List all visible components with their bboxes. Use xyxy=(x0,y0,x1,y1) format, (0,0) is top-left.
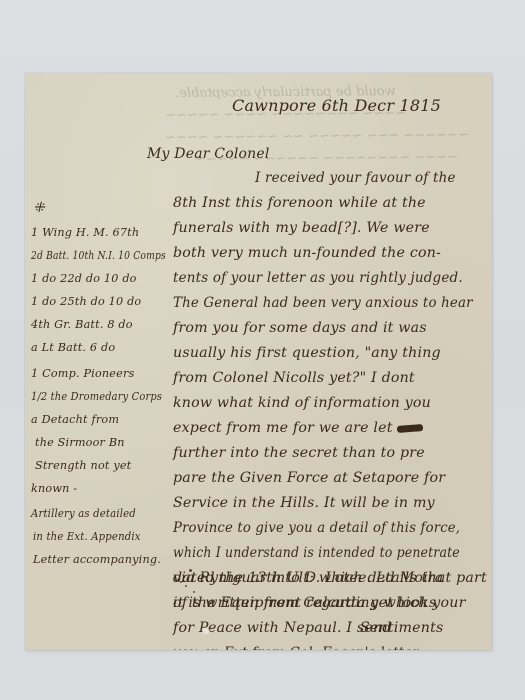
margin-note-symbol: ⁜ xyxy=(33,200,45,216)
margin-note-line: Artillery as detailed xyxy=(31,507,136,520)
margin-note-line: known - xyxy=(31,482,77,495)
letter-body-line: you an Ext from Col: Fagan's letter xyxy=(173,645,419,650)
margin-note-line: 1/2 the Dromedary Corps xyxy=(31,390,162,403)
margin-note-line: Letter accompanying. xyxy=(33,553,161,566)
letter-sheet: would be particularly acceptable. ~~~~ ~… xyxy=(25,73,492,650)
letter-body-line: Service in the Hills. It will be in my xyxy=(173,495,435,511)
letter-body-line: tents of your letter as you rightly judg… xyxy=(173,270,463,286)
letter-body-line: The General had been very anxious to hea… xyxy=(173,295,473,311)
margin-note-line: Strength not yet xyxy=(35,459,131,472)
margin-note-line: 1 do 22d do 10 do xyxy=(31,272,137,285)
margin-note-line: 4th Gr. Batt. 8 do xyxy=(31,318,133,331)
letter-body-text: expect from me for we are let xyxy=(173,420,393,436)
struck-out-word xyxy=(397,424,423,433)
paper-stain xyxy=(202,628,210,634)
letter-body-line: of the Equipment regarding which your xyxy=(173,595,466,611)
margin-note-line: a Detacht from xyxy=(31,413,119,426)
margin-note-line: 1 Comp. Pioneers xyxy=(31,367,134,380)
letter-body-line: 8th Inst this forenoon while at the xyxy=(173,195,426,211)
bleed-through-line: ~~~~~~ ~~~ ~~~~~ ~~ ~~~~~~ ~~~~ xyxy=(165,128,469,146)
letter-body-line: I received your favour of the xyxy=(255,170,456,186)
letter-body-line: know what kind of information you xyxy=(173,395,431,411)
ink-blot xyxy=(193,591,195,593)
letter-body-line: Province to give you a detail of this fo… xyxy=(173,520,460,536)
letter-body-line: both very much un-founded the con- xyxy=(173,245,441,261)
letter-body-line: funerals with my bead[?]. We were xyxy=(173,220,430,236)
letter-body-line: expect from me for we are let xyxy=(173,420,423,436)
margin-note-line: 1 Wing H. M. 67th xyxy=(31,226,139,239)
letter-body-line: pare the Given Force at Setapore for xyxy=(173,470,445,486)
letter-body-line: further into the secret than to pre xyxy=(173,445,425,461)
letter-dateline: Cawnpore 6th Decr 1815 xyxy=(232,96,441,115)
letter-body-line: which I understand is intended to penetr… xyxy=(173,545,460,561)
margin-note-line: the Sirmoor Bn xyxy=(35,436,125,449)
letter-body-line: from Colonel Nicolls yet?" I dont xyxy=(173,370,415,386)
margin-note-line: a Lt Batt. 6 do xyxy=(31,341,115,354)
letter-salutation: My Dear Colonel xyxy=(147,146,270,162)
letter-body-line: usually his first question, "any thing xyxy=(173,345,441,361)
margin-note-line: 2d Batt. 10th N.I. 10 Comps xyxy=(31,249,166,262)
letter-catchword: Sentiments xyxy=(360,620,443,636)
letter-body-line: from you for some days and it was xyxy=(173,320,427,336)
margin-note-line: 1 do 25th do 10 do xyxy=(31,295,141,308)
margin-note-line: in the Ext. Appendix xyxy=(33,530,141,543)
letter-body-line: dated the 13th Ult: which details that p… xyxy=(173,570,487,586)
